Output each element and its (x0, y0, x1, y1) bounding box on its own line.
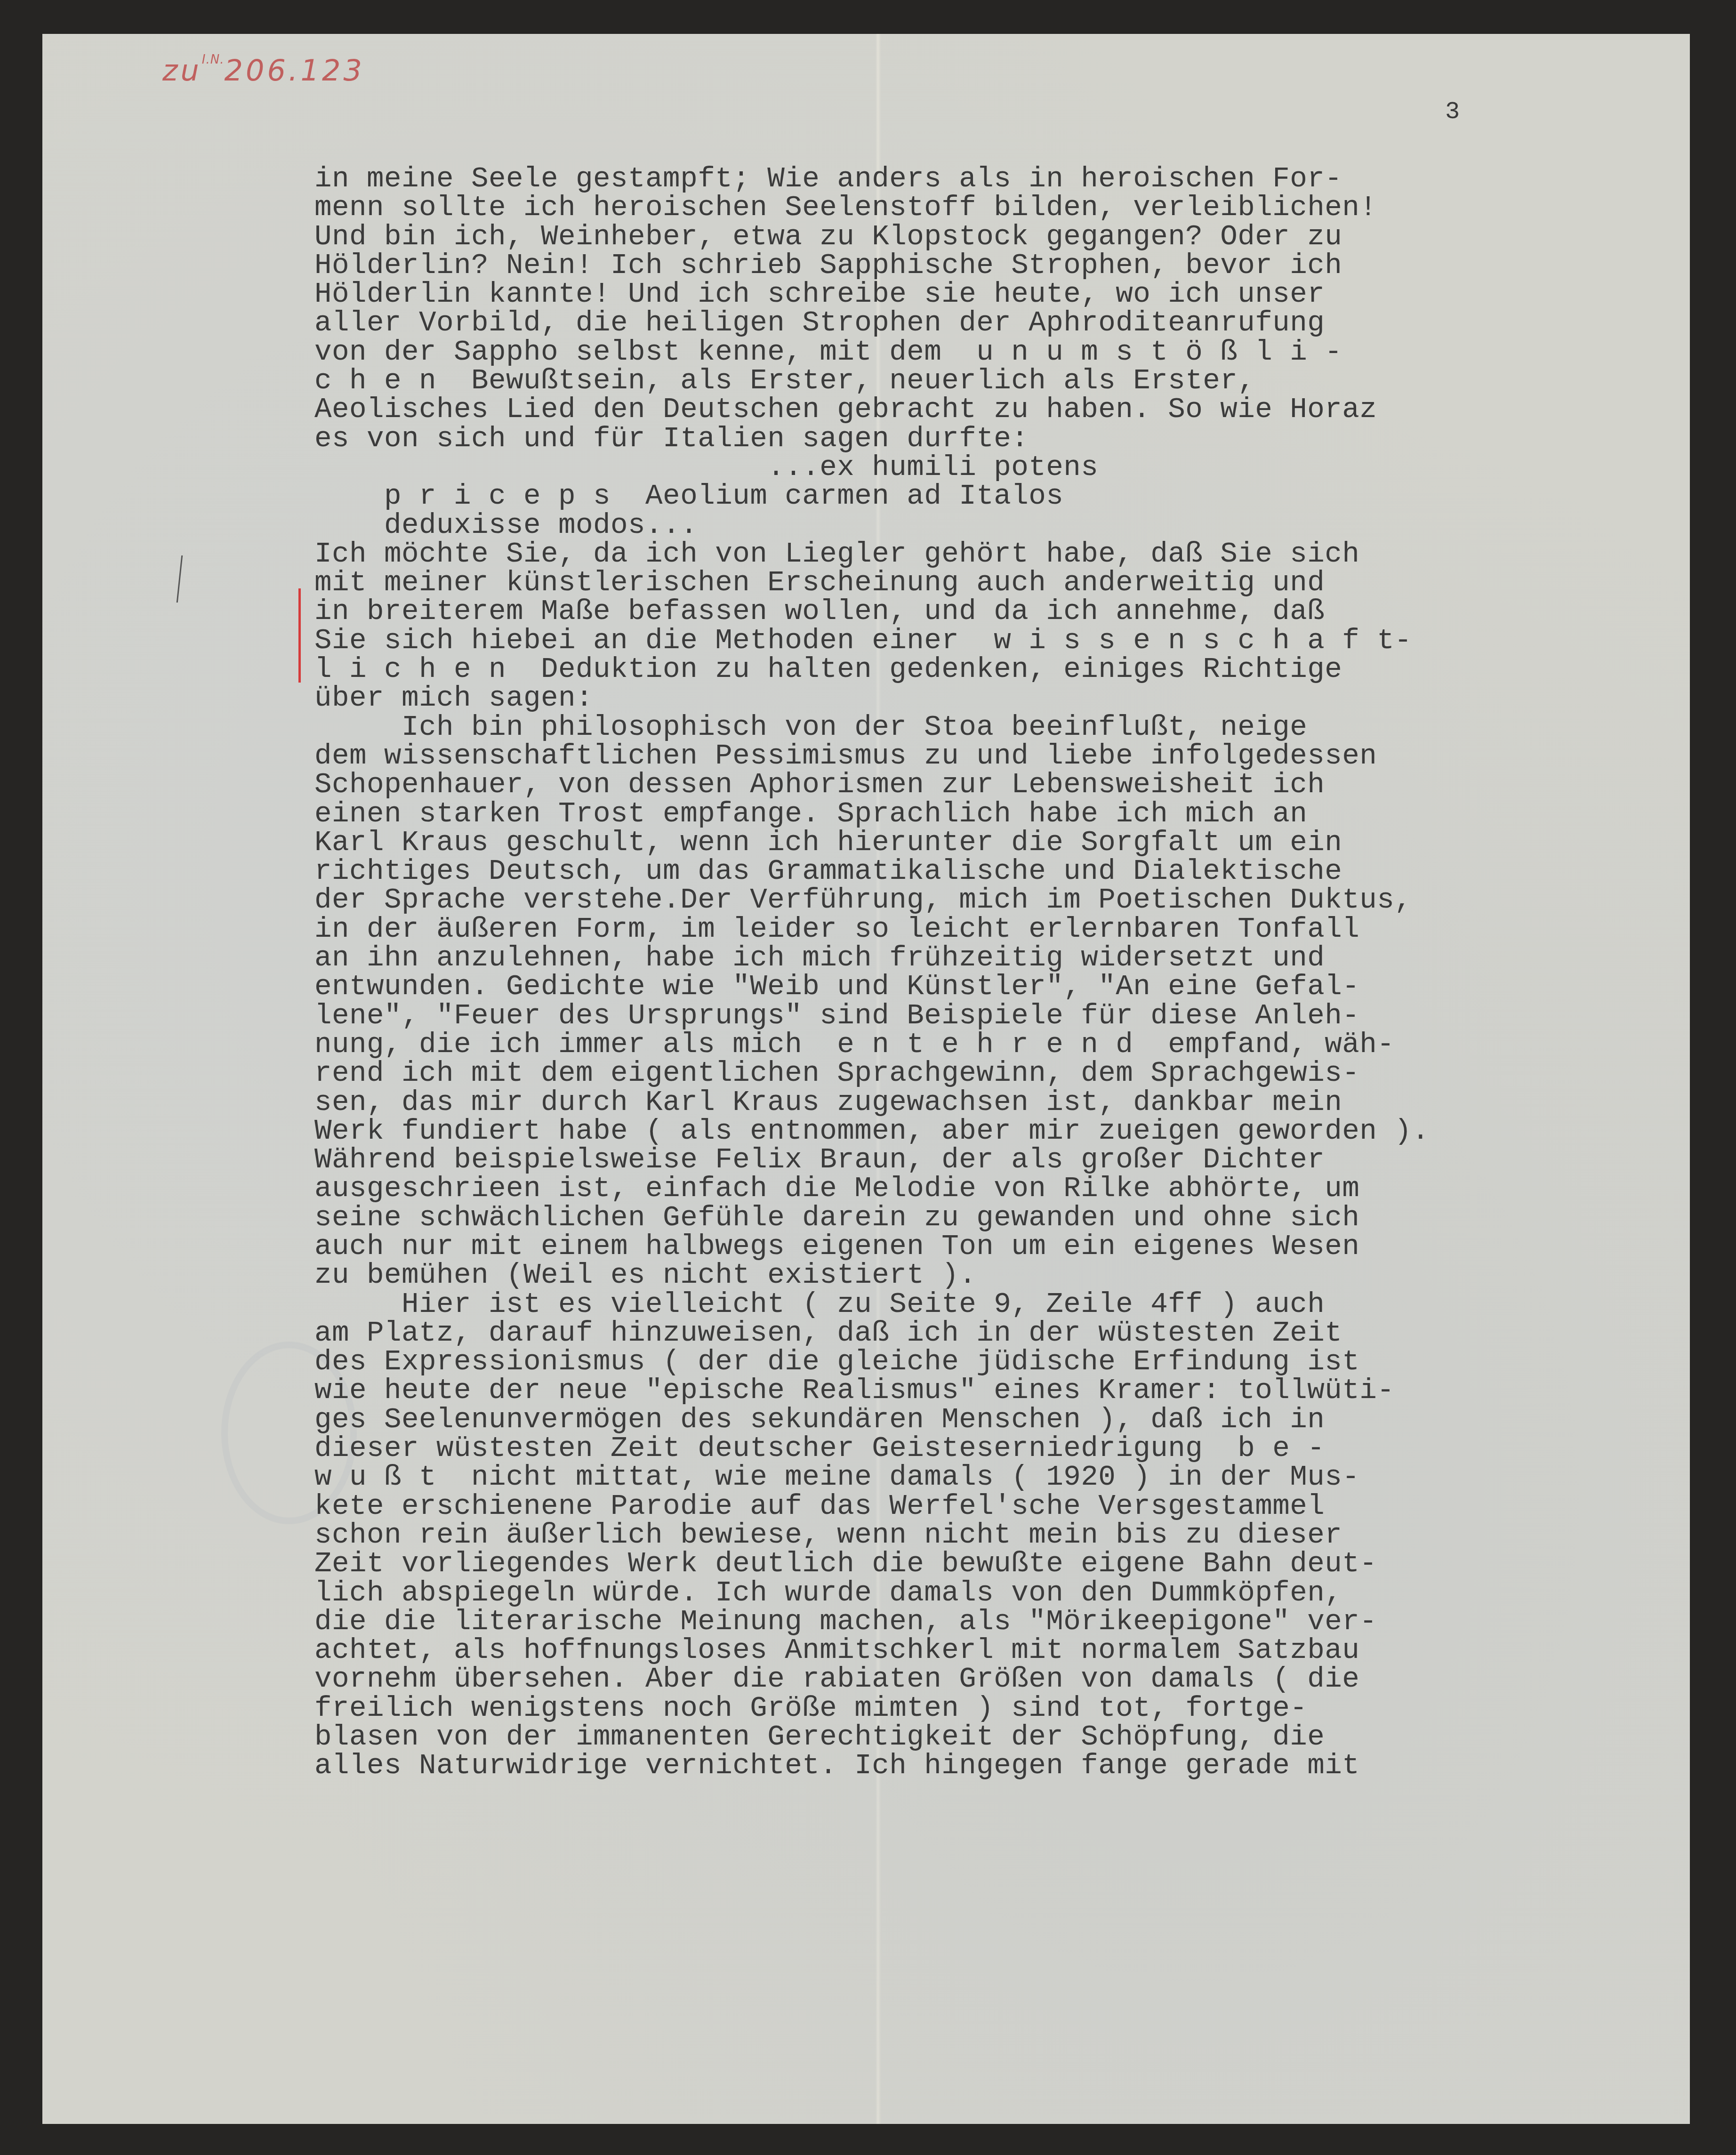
text-line: Ich möchte Sie, da ich von Liegler gehör… (314, 540, 1519, 569)
text-line: l i c h e n Deduktion zu halten gedenken… (314, 655, 1519, 684)
text-line: vornehm übersehen. Aber die rabiaten Grö… (314, 1665, 1519, 1694)
text-line: Hier ist es vielleicht ( zu Seite 9, Zei… (314, 1290, 1519, 1319)
text-line: über mich sagen: (314, 684, 1519, 713)
text-line: Sie sich hiebei an die Methoden einer w … (314, 627, 1519, 655)
text-line: blasen von der immanenten Gerechtigkeit … (314, 1723, 1519, 1752)
text-line: kete erschienene Parodie auf das Werfel'… (314, 1492, 1519, 1521)
text-line: ...ex humili potens (314, 453, 1519, 482)
text-line: c h e n Bewußtsein, als Erster, neuerlic… (314, 367, 1519, 395)
text-line: Und bin ich, Weinheber, etwa zu Klopstoc… (314, 223, 1519, 251)
archive-note-superscript: I.N. (202, 53, 225, 67)
text-line: an ihn anzulehnen, habe ich mich frühzei… (314, 944, 1519, 973)
text-line: Karl Kraus geschult, wenn ich hierunter … (314, 828, 1519, 857)
text-line: alles Naturwidrige vernichtet. Ich hinge… (314, 1752, 1519, 1780)
page-number: 3 (1445, 98, 1460, 126)
text-line: entwunden. Gedichte wie "Weib und Künstl… (314, 973, 1519, 1001)
text-line: in der äußeren Form, im leider so leicht… (314, 915, 1519, 944)
typewritten-body: in meine Seele gestampft; Wie anders als… (314, 165, 1519, 1781)
text-line: achtet, als hoffnungsloses Anmitschkerl … (314, 1636, 1519, 1665)
margin-red-marker (298, 588, 301, 683)
archive-note-prefix: zu (162, 53, 202, 88)
text-line: rend ich mit dem eigentlichen Sprachgewi… (314, 1059, 1519, 1088)
text-line: Werk fundiert habe ( als entnommen, aber… (314, 1117, 1519, 1146)
text-line: Zeit vorliegendes Werk deutlich die bewu… (314, 1550, 1519, 1578)
text-line: richtiges Deutsch, um das Grammatikalisc… (314, 857, 1519, 886)
text-line: Während beispielsweise Felix Braun, der … (314, 1146, 1519, 1174)
text-line: wie heute der neue "epische Realismus" e… (314, 1376, 1519, 1405)
text-line: lene", "Feuer des Ursprungs" sind Beispi… (314, 1002, 1519, 1030)
text-line: Ich bin philosophisch von der Stoa beein… (314, 713, 1519, 742)
text-line: ausgeschrieen ist, einfach die Melodie v… (314, 1174, 1519, 1203)
archive-inventory-note: zuI.N.206.123 (162, 53, 365, 88)
text-line: Aeolisches Lied den Deutschen gebracht z… (314, 395, 1519, 424)
text-line: auch nur mit einem halbwegs eigenen Ton … (314, 1232, 1519, 1261)
text-line: Hölderlin? Nein! Ich schrieb Sapphische … (314, 251, 1519, 280)
text-line: dem wissenschaftlichen Pessimismus zu un… (314, 742, 1519, 771)
text-line: p r i c e p s Aeolium carmen ad Italos (314, 482, 1519, 511)
text-line: ges Seelenunvermögen des sekundären Mens… (314, 1406, 1519, 1434)
text-line: in meine Seele gestampft; Wie anders als… (314, 165, 1519, 193)
text-line: menn sollte ich heroischen Seelenstoff b… (314, 193, 1519, 222)
text-line: sen, das mir durch Karl Kraus zugewachse… (314, 1088, 1519, 1117)
text-line: mit meiner künstlerischen Erscheinung au… (314, 569, 1519, 597)
text-line: des Expressionismus ( der die gleiche jü… (314, 1348, 1519, 1376)
text-line: freilich wenigstens noch Größe mimten ) … (314, 1694, 1519, 1723)
text-line: dieser wüstesten Zeit deutscher Geistese… (314, 1434, 1519, 1463)
text-line: Schopenhauer, von dessen Aphorismen zur … (314, 771, 1519, 799)
text-line: von der Sappho selbst kenne, mit dem u n… (314, 338, 1519, 367)
text-line: am Platz, darauf hinzuweisen, daß ich in… (314, 1319, 1519, 1348)
text-line: einen starken Trost empfange. Sprachlich… (314, 800, 1519, 828)
text-line: lich abspiegeln würde. Ich wurde damals … (314, 1579, 1519, 1608)
text-line: zu bemühen (Weil es nicht existiert ). (314, 1261, 1519, 1290)
text-line: Hölderlin kannte! Und ich schreibe sie h… (314, 280, 1519, 309)
text-line: seine schwächlichen Gefühle darein zu ge… (314, 1204, 1519, 1232)
text-line: deduxisse modos... (314, 511, 1519, 540)
text-line: nung, die ich immer als mich e n t e h r… (314, 1030, 1519, 1059)
text-line: aller Vorbild, die heiligen Strophen der… (314, 309, 1519, 338)
text-line: die die literarische Meinung machen, als… (314, 1608, 1519, 1636)
text-line: es von sich und für Italien sagen durfte… (314, 425, 1519, 453)
text-line: w u ß t nicht mittat, wie meine damals (… (314, 1463, 1519, 1492)
text-line: der Sprache verstehe.Der Verführung, mic… (314, 886, 1519, 915)
text-line: schon rein äußerlich bewiese, wenn nicht… (314, 1521, 1519, 1550)
archive-note-number: 206.123 (225, 53, 365, 88)
text-line: in breiterem Maße befassen wollen, und d… (314, 597, 1519, 626)
